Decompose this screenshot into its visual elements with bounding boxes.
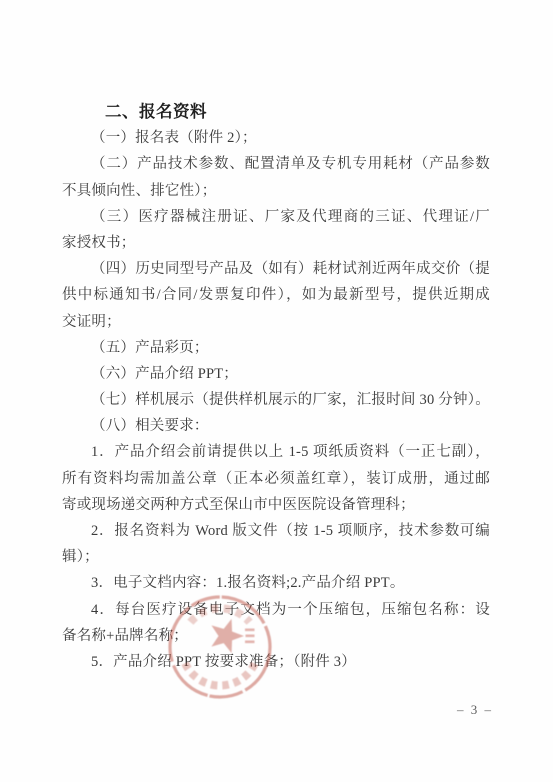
text-line-7: 供中标通知书/合同/发票复印件），如为最新型号，提供近期成: [62, 282, 490, 308]
text-line-18: 3．电子文档内容：1.报名资料;2.产品介绍 PPT。: [62, 570, 490, 596]
text-line-19: 4．每台医疗设备电子文档为一个压缩包，压缩包名称：设: [62, 597, 490, 623]
text-line-3: 不具倾向性、排它性）；: [62, 178, 490, 204]
document-page: 二、报名资料（一）报名表（附件 2）；（二）产品技术参数、配置清单及专机专用耗材…: [0, 0, 553, 782]
text-line-13: 1．产品介绍会前请提供以上 1-5 项纸质资料（一正七副），: [62, 439, 490, 465]
text-line-15: 寄或现场递交两种方式至保山市中医医院设备管理科；: [62, 492, 490, 518]
page-number: – 3 –: [443, 702, 507, 718]
text-line-5: 家授权书；: [62, 230, 490, 256]
text-line-8: 交证明；: [62, 309, 490, 335]
text-line-1: （一）报名表（附件 2）；: [62, 125, 490, 151]
text-line-11: （七）样机展示（提供样机展示的厂家，汇报时间 30 分钟）。: [62, 387, 490, 413]
text-line-21: 5．产品介绍 PPT 按要求准备；（附件 3）: [62, 649, 490, 675]
section-heading: 二、报名资料: [62, 99, 490, 125]
text-line-10: （六）产品介绍 PPT；: [62, 361, 490, 387]
text-line-4: （三）医疗器械注册证、厂家及代理商的三证、代理证/厂: [62, 204, 490, 230]
text-line-9: （五）产品彩页；: [62, 335, 490, 361]
document-body: 二、报名资料（一）报名表（附件 2）；（二）产品技术参数、配置清单及专机专用耗材…: [62, 99, 490, 675]
text-line-12: （八）相关要求：: [62, 413, 490, 439]
text-line-16: 2．报名资料为 Word 版文件（按 1-5 项顺序，技术参数可编: [62, 518, 490, 544]
text-line-2: （二）产品技术参数、配置清单及专机专用耗材（产品参数: [62, 151, 490, 177]
text-line-14: 所有资料均需加盖公章（正本必须盖红章），装订成册，通过邮: [62, 466, 490, 492]
text-line-6: （四）历史同型号产品及（如有）耗材试剂近两年成交价（提: [62, 256, 490, 282]
text-line-17: 辑）；: [62, 544, 490, 570]
text-line-20: 备名称+品牌名称；: [62, 623, 490, 649]
